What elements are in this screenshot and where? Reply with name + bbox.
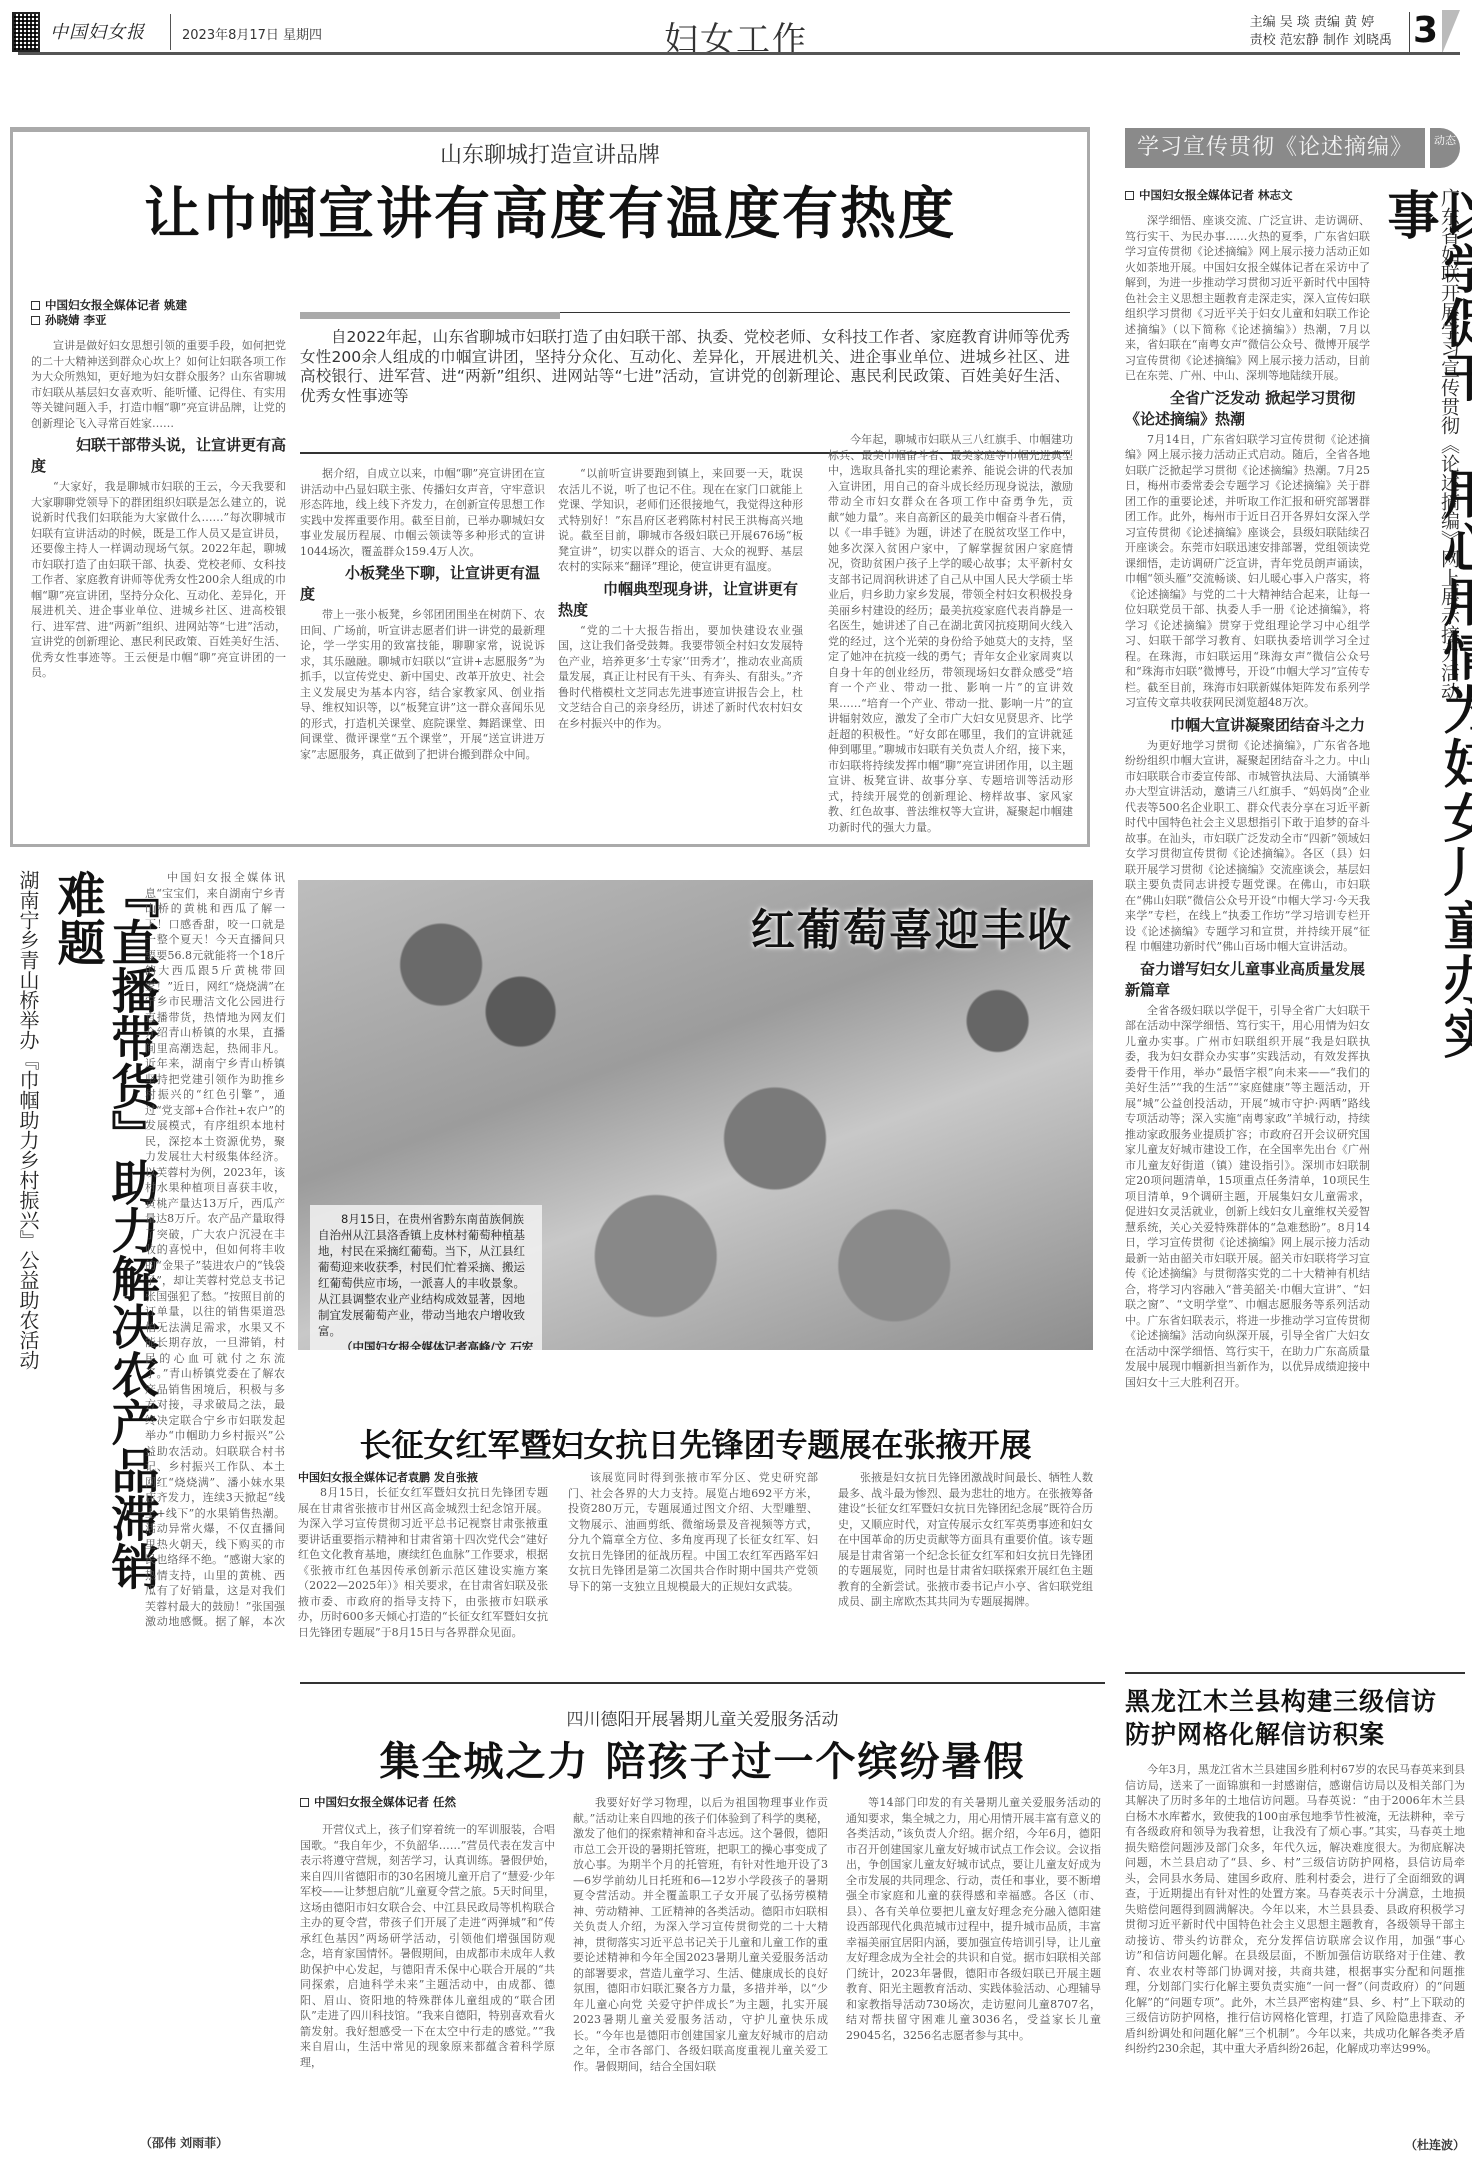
lede-top-bar (300, 312, 560, 319)
byline: 中国妇女报全媒体记者 姚建 (31, 298, 286, 313)
editors-line-2: 责校 范宏静 制作 刘晓禹 (1250, 32, 1392, 50)
byline-reporter: 中国妇女报全媒体记者 姚建 (45, 298, 187, 312)
article-credit: （杜连波） (1405, 2136, 1465, 2153)
article-headline: 让巾帼宣讲有高度有温度有热度 (13, 170, 1087, 250)
article-deyang-col-1: 中国妇女报全媒体记者 任然 开营仪式上，孩子们穿着统一的军训服装，合唱国歌。“我… (300, 1795, 555, 2145)
article-body: “党的二十大报告指出，要加快建设农业强国，这让我们备受鼓舞。我要带领全村妇女发展… (558, 623, 803, 732)
photo-grapes: 红葡萄喜迎丰收 8月15日，在贵州省黔东南苗族侗族自治州从江县洛香镇上皮林村葡萄… (298, 880, 1093, 1350)
square-icon (31, 316, 40, 325)
article-headline: 集全城之力 陪孩子过一个缤纷暑假 (300, 1730, 1105, 1787)
article-subhead: 奋力谱写妇女儿童事业高质量发展新篇章 (1125, 959, 1370, 1001)
square-icon (31, 301, 40, 310)
article-column: 中国妇女报全媒体记者 林志文 深学细悟、座谈交流、广泛宣讲、走访调研、笃行实干、… (1125, 188, 1370, 1668)
byline: 中国妇女报全媒体记者 任然 (300, 1795, 555, 1810)
vertical-kicker: 湖南宁乡青山桥举办『巾帼助力乡村振兴』公益助农活动 (16, 870, 40, 1430)
article-headline: 黑龙江木兰县构建三级信访 防护网格化解信访积案 (1125, 1685, 1465, 1751)
article-liaocheng: 山东聊城打造宣讲品牌 让巾帼宣讲有高度有温度有热度 中国妇女报全媒体记者 姚建 … (10, 127, 1090, 847)
article-body: 带上一张小板凳，乡邻团团围坐在树荫下、农田间、广场前，听宣讲志愿者们讲一讲党的最… (300, 607, 545, 762)
article-body: 8月15日，长征女红军暨妇女抗日先锋团专题展在甘肃省张掖市甘州区高金城烈士纪念馆… (298, 1485, 548, 1640)
article-hunan-titles: 湖南宁乡青山桥举办『巾帼助力乡村振兴』公益助农活动 『直播带货』助力解决农产品滞… (10, 870, 140, 1610)
article-body: 7月14日，广东省妇联学习宣传贯彻《论述摘编》网上展示接力活动正式启动。随后，全… (1125, 432, 1370, 711)
article-kicker: 四川德阳开展暑期儿童关爱服务活动 (300, 1705, 1105, 1730)
article-column-1: 中国妇女报全媒体记者 姚建 孙晓婧 李亚 宣讲是做好妇女思想引领的重要手段，如何… (31, 298, 286, 838)
photo-title: 红葡萄喜迎丰收 (751, 894, 1073, 958)
page-number: 3 (1413, 10, 1438, 51)
section-divider (1125, 1672, 1465, 1674)
article-body: 张掖是妇女抗日先锋团激战时间最长、牺牲人数最多、战斗最为惨烈、最为悲壮的地方。在… (838, 1470, 1093, 1610)
article-headline: 长征女红军暨妇女抗日先锋团专题展在张掖开展 (298, 1420, 1093, 1460)
article-zhangye-col-1: 中国妇女报全媒体记者袁鹏 发自张掖 8月15日，长征女红军暨妇女抗日先锋团专题展… (298, 1470, 548, 1665)
square-icon (300, 1798, 309, 1807)
article-subhead: 小板凳坐下聊，让宣讲更有温度 (300, 563, 545, 605)
article-body: 我要好好学习物理，以后为祖国物理事业作贡献。”活动让来自四地的孩子们体验到了科学… (573, 1795, 828, 2074)
article-column-4: 今年起，聊城市妇联从三八红旗手、巾帼建功标兵、最美巾帼奋斗者、最美家庭等巾帼先进… (828, 298, 1073, 838)
editors-line-1: 主编 吴 琰 责编 黄 婷 (1250, 14, 1392, 32)
article-body: 等14部门印发的有关暑期儿童关爱服务活动的通知要求，集全城之力，用心用情开展丰富… (846, 1795, 1101, 2043)
article-hunan-bottom: 中国妇女报全媒体讯 息“宝宝们，来自湖南宁乡青山桥的黄桃和西瓜了解一下！口感香甜… (12, 1630, 287, 2130)
byline-reporter: 中国妇女报全媒体记者 林志文 (1139, 188, 1293, 202)
photo-caption: 8月15日，在贵州省黔东南苗族侗族自治州从江县洛香镇上皮林村葡萄种植基地，村民在… (310, 1205, 542, 1350)
article-body: 据介绍，自成立以来，巾帼“聊”亮宣讲团在宣讲活动中凸显妇联主张、传播妇女声音，守… (300, 466, 545, 559)
byline-reporters: 孙晓婧 李亚 (45, 313, 107, 327)
headline-line-2: 防护网格化解信访积案 (1125, 1718, 1465, 1751)
article-body: 全省各级妇联以学促干，引导全省广大妇联干部在活动中深学细悟、笃行实干，用心用情为… (1125, 1003, 1370, 1391)
article-body: 为更好地学习贯彻《论述摘编》，广东省各地纷纷组织巾帼大宣讲，凝聚起团结奋斗之力。… (1125, 738, 1370, 955)
article-body: 开营仪式上，孩子们穿着统一的军训服装，合唱国歌。“我自年少，不负韶华……”营员代… (300, 1822, 555, 2070)
article-body: 今年3月，黑龙江省木兰县建国乡胜利村67岁的农民马春英来到县信访局，送来了一面锦… (1125, 1762, 1465, 2057)
article-intro: 宣讲是做好妇女思想引领的重要手段，如何把党的二十大精神送到群众心坎上？如何让妇联… (31, 338, 286, 431)
column-banner: 学习宣传贯彻《论述摘编》 (1125, 128, 1425, 168)
article-subhead: 巾帼大宣讲凝聚团结奋斗之力 (1125, 715, 1370, 736)
article-deyang-col-3: 等14部门印发的有关暑期儿童关爱服务活动的通知要求，集全城之力，用心用情开展丰富… (846, 1795, 1101, 2145)
masthead-rule (18, 52, 1460, 55)
article-body: 今年起，聊城市妇联从三八红旗手、巾帼建功标兵、最美巾帼奋斗者、最美家庭等巾帼先进… (828, 432, 1073, 835)
article-guangdong: 学习宣传贯彻《论述摘编》 动态 广东省妇联开展学习宣传贯彻《论述摘编》网上展示接… (1125, 128, 1465, 1668)
headline-line-1: 黑龙江木兰县构建三级信访 (1125, 1685, 1465, 1718)
article-body: “以前听宣讲要跑到镇上，来回要一天，耽误农活儿不说，听了也记不住。现在在家门口就… (558, 466, 803, 575)
article-mulan: 今年3月，黑龙江省木兰县建国乡胜利村67岁的农民马春英来到县信访局，送来了一面锦… (1125, 1762, 1465, 2137)
vertical-headline: 『直播带货』助力解决农产品滞销难题 (50, 870, 158, 1610)
byline-2: 孙晓婧 李亚 (31, 313, 286, 328)
photo-caption-text: 8月15日，在贵州省黔东南苗族侗族自治州从江县洛香镇上皮林村葡萄种植基地，村民在… (318, 1211, 534, 1339)
photo-credit: （中国妇女报全媒体记者高峰/文 石宏辉/摄） (318, 1339, 534, 1350)
masthead: 中国妇女报 2023年8月17日 星期四 妇女工作 主编 吴 琰 责编 黄 婷 … (12, 10, 1460, 54)
article-body: 该展览同时得到张掖市军分区、党史研究部门、社会各界的大力支持。展览占地692平方… (568, 1470, 818, 1594)
article-body: 深学细悟、座谈交流、广泛宣讲、走访调研、笃行实干、为民办事……火热的夏季，广东省… (1125, 213, 1370, 384)
article-column-3: “以前听宣讲要跑到镇上，来回要一天，耽误农活儿不说，听了也记不住。现在在家门口就… (558, 466, 803, 838)
article-credit: （邵伟 刘雨菲） (140, 2134, 228, 2151)
article-hunan-top: 中国妇女报全媒体讯 息“宝宝们，来自湖南宁乡青山桥的黄桃和西瓜了解一下！口感香甜… (145, 870, 285, 1630)
article-zhangye-col-2: 该展览同时得到张掖市军分区、党史研究部门、社会各界的大力支持。展览占地692平方… (568, 1470, 818, 1665)
page-corner-triangle-icon (1442, 10, 1460, 54)
article-subhead: 巾帼典型现身讲，让宣讲更有热度 (558, 579, 803, 621)
article-body: 中国妇女报全媒体讯 息“宝宝们，来自湖南宁乡青山桥的黄桃和西瓜了解一下！口感香甜… (145, 870, 285, 1630)
page-number-divider (1409, 12, 1410, 52)
article-deyang-col-2: 我要好好学习物理，以后为祖国物理事业作贡献。”活动让来自四地的孩子们体验到了科学… (573, 1795, 828, 2145)
article-subhead: 妇联干部带头说，让宣讲更有高度 (31, 435, 286, 477)
column-banner-tag: 动态 (1430, 128, 1460, 168)
article-column-2: 据介绍，自成立以来，巾帼“聊”亮宣讲团在宣讲活动中凸显妇联主张、传播妇女声音，守… (300, 466, 545, 838)
editors-credit: 主编 吴 琰 责编 黄 婷 责校 范宏静 制作 刘晓禹 (1250, 14, 1392, 50)
square-icon (1125, 191, 1134, 200)
article-body: “大家好，我是聊城市妇联的王云，今天我要和大家聊聊党领导下的群团组织妇联是怎么建… (31, 479, 286, 681)
vertical-headline: 以学促干 用心用情为妇女儿童办实事 (1380, 188, 1472, 1068)
section-divider (300, 1682, 1105, 1684)
dateline: 中国妇女报全媒体记者袁鹏 发自张掖 (298, 1470, 548, 1485)
byline: 中国妇女报全媒体记者 林志文 (1125, 188, 1370, 203)
article-subhead: 全省广泛发动 掀起学习贯彻《论述摘编》热潮 (1125, 388, 1370, 430)
article-kicker: 山东聊城打造宣讲品牌 (13, 138, 1087, 169)
byline-reporter: 中国妇女报全媒体记者 任然 (314, 1795, 456, 1809)
article-zhangye-col-3: 张掖是妇女抗日先锋团激战时间最长、牺牲人数最多、战斗最为惨烈、最为悲壮的地方。在… (838, 1470, 1093, 1665)
